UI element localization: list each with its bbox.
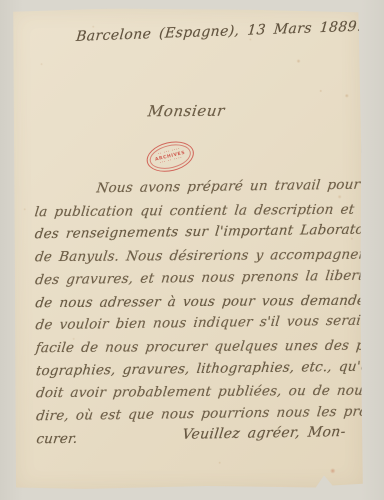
letter-paper-sheet: Barcelone (Espagne), 13 Mars 1889. Monsi…: [11, 7, 364, 491]
letter-line: de nous adresser à vous pour vous demand…: [34, 292, 356, 311]
letter-dateline: Barcelone (Espagne), 13 Mars 1889.: [75, 19, 362, 45]
letter-line: facile de nous procurer quelques unes de…: [35, 338, 357, 357]
letter-line: de vouloir bien nous indiquer s'il vous …: [35, 313, 357, 333]
letter-line: dire, où est que nous pourrions nous les…: [35, 404, 357, 424]
letter-line: Nous avons préparé un travail pour: [34, 177, 356, 197]
archive-stamp: ·· ··· ···· ARCHIVES ··· ·· ····: [144, 137, 197, 176]
letter-salutation: Monsieur: [147, 102, 226, 121]
letter-line: la publication qui contient la descripti…: [34, 201, 356, 220]
letter-line: doit avoir probablement publiées, ou de …: [35, 383, 357, 402]
letter-line: tographies, gravures, lithographies, etc…: [35, 358, 357, 378]
letter-closing: Veuillez agréer, Mon-: [181, 424, 346, 443]
letter-body: Nous avons préparé un travail pourla pub…: [32, 7, 352, 10]
letter-line: de Banyuls. Nous désirerions y accompagn…: [34, 247, 356, 266]
scanned-letter-photo: { "document": { "kind": "handwritten-let…: [0, 0, 384, 500]
letter-line: des renseignements sur l'important Labor…: [34, 222, 356, 242]
letter-line: des gravures, et nous nous prenons la li…: [34, 268, 356, 288]
